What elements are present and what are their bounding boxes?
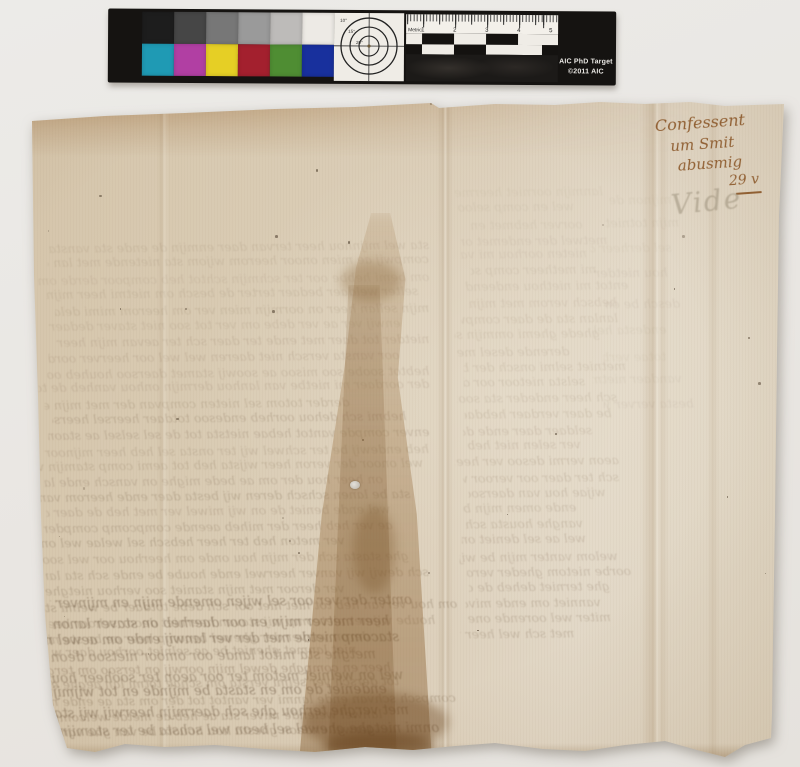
ring-label: 10° — [340, 18, 347, 23]
checkerboard-scale — [406, 33, 558, 55]
grayscale-patch-2 — [174, 12, 206, 44]
ring-label: 20° — [356, 40, 363, 45]
color-patch-2 — [174, 44, 206, 76]
color-patch-6 — [302, 45, 334, 77]
paper-sheet: sta wel mijnhou heer tervan daer enmijn … — [25, 95, 785, 760]
grayscale-patch-3 — [206, 12, 238, 44]
grayscale-patch-1 — [142, 12, 174, 44]
edge-vignette — [25, 95, 785, 760]
photo-stage: 10° 15° 20° Metric 12345 AIC PhD Target … — [0, 0, 800, 767]
grayscale-patch-6 — [302, 13, 334, 45]
color-patch-4 — [238, 44, 270, 76]
grayscale-patch-5 — [270, 12, 302, 44]
color-calibration-target: 10° 15° 20° Metric 12345 AIC PhD Target … — [108, 8, 616, 85]
gloss-black-patch — [406, 54, 558, 82]
target-credit-line2: ©2011 AIC — [556, 67, 616, 78]
ring-label: 15° — [348, 29, 355, 34]
focus-target: 10° 15° 20° — [334, 13, 404, 81]
calibration-patch-grid — [142, 12, 334, 77]
manuscript-page: sta wel mijnhou heer tervan daer enmijn … — [25, 95, 785, 760]
grayscale-patch-4 — [238, 12, 270, 44]
color-patch-3 — [206, 44, 238, 76]
target-credit-text: AIC PhD Target ©2011 AIC — [556, 57, 616, 78]
target-credit-line1: AIC PhD Target — [556, 57, 616, 68]
color-patch-1 — [142, 44, 174, 76]
color-patch-5 — [270, 44, 302, 76]
concentric-rings-icon — [334, 13, 404, 81]
metric-ruler: Metric 12345 — [406, 14, 558, 34]
